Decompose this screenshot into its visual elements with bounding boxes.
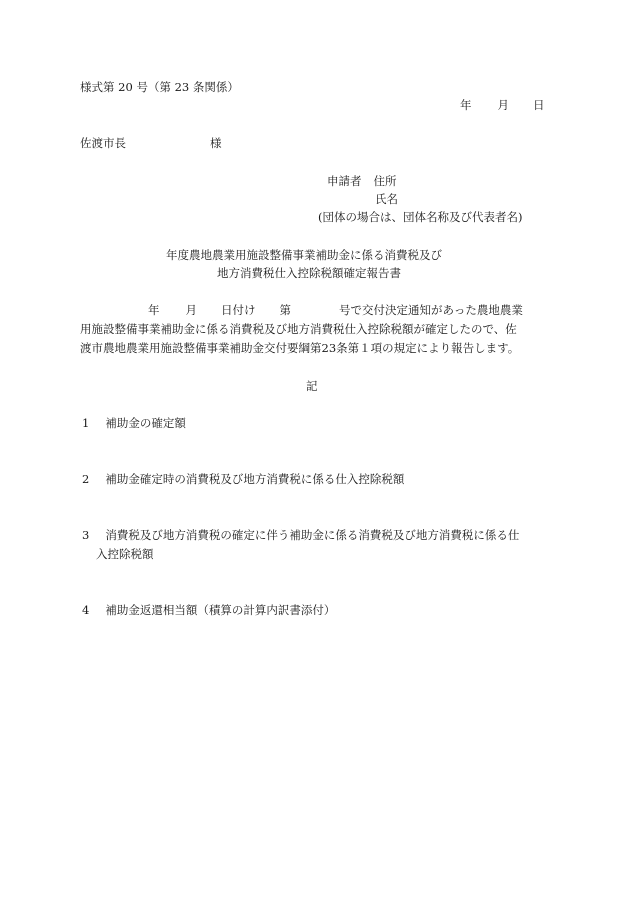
body-line2: 用施設整備事業補助金に係る消費税及び地方消費税仕入控除税額が確定したので、佐 [80,324,517,336]
item-text: 補助金の確定額 [105,416,186,430]
item-2: 2補助金確定時の消費税及び地方消費税に係る仕入控除税額 [82,474,404,486]
body-line1-text: 号で交付決定通知があった農地農業 [339,303,523,317]
date-month-label: 月 [498,98,510,112]
report-title-line2: 地方消費税仕入控除税額確定報告書 [217,268,401,280]
item-text: 補助金返還相当額（積算の計算内訳書添付） [105,603,335,617]
body-year-label: 年 [148,303,160,317]
body-day-label: 日付け [221,303,256,317]
item-number: 1 [82,416,89,430]
date-day-label: 日 [533,98,545,112]
item-number: 3 [82,528,89,542]
body-line1: 年月日付け第号で交付決定通知があった農地農業 [148,305,523,317]
item-4: 4補助金返還相当額（積算の計算内訳書添付） [82,605,335,617]
date-year-label: 年 [460,98,472,112]
date-line: 年月日 [460,100,545,112]
body-month-label: 月 [186,303,198,317]
body-number-label: 第 [280,303,292,317]
report-title-line1: 年度農地農業用施設整備事業補助金に係る消費税及び [166,250,442,262]
applicant-address-row: 申請者住所 [327,176,397,188]
addressee-honorific: 様 [210,136,222,150]
applicant-note: (団体の場合は、団体名称及び代表者名) [318,212,522,224]
addressee-name: 佐渡市長 [80,136,126,150]
ki-heading: 記 [306,381,318,393]
item-3: 3消費税及び地方消費税の確定に伴う補助金に係る消費税及び地方消費税に係る仕 [82,530,519,542]
applicant-label: 申請者 [327,174,362,188]
item-number: 4 [82,603,89,617]
applicant-address-label: 住所 [374,174,397,188]
item-text: 補助金確定時の消費税及び地方消費税に係る仕入控除税額 [105,472,404,486]
applicant-name-label: 氏名 [375,194,398,206]
form-number: 様式第 20 号（第 23 条関係） [80,82,239,94]
item-text: 消費税及び地方消費税の確定に伴う補助金に係る消費税及び地方消費税に係る仕 [105,528,519,542]
item-3-continuation: 入控除税額 [96,549,154,561]
body-line3: 渡市農地農業用施設整備事業補助金交付要綱第23条第１項の規定により報告します。 [80,343,519,355]
item-number: 2 [82,472,89,486]
item-1: 1補助金の確定額 [82,418,186,430]
addressee: 佐渡市長様 [80,138,222,150]
